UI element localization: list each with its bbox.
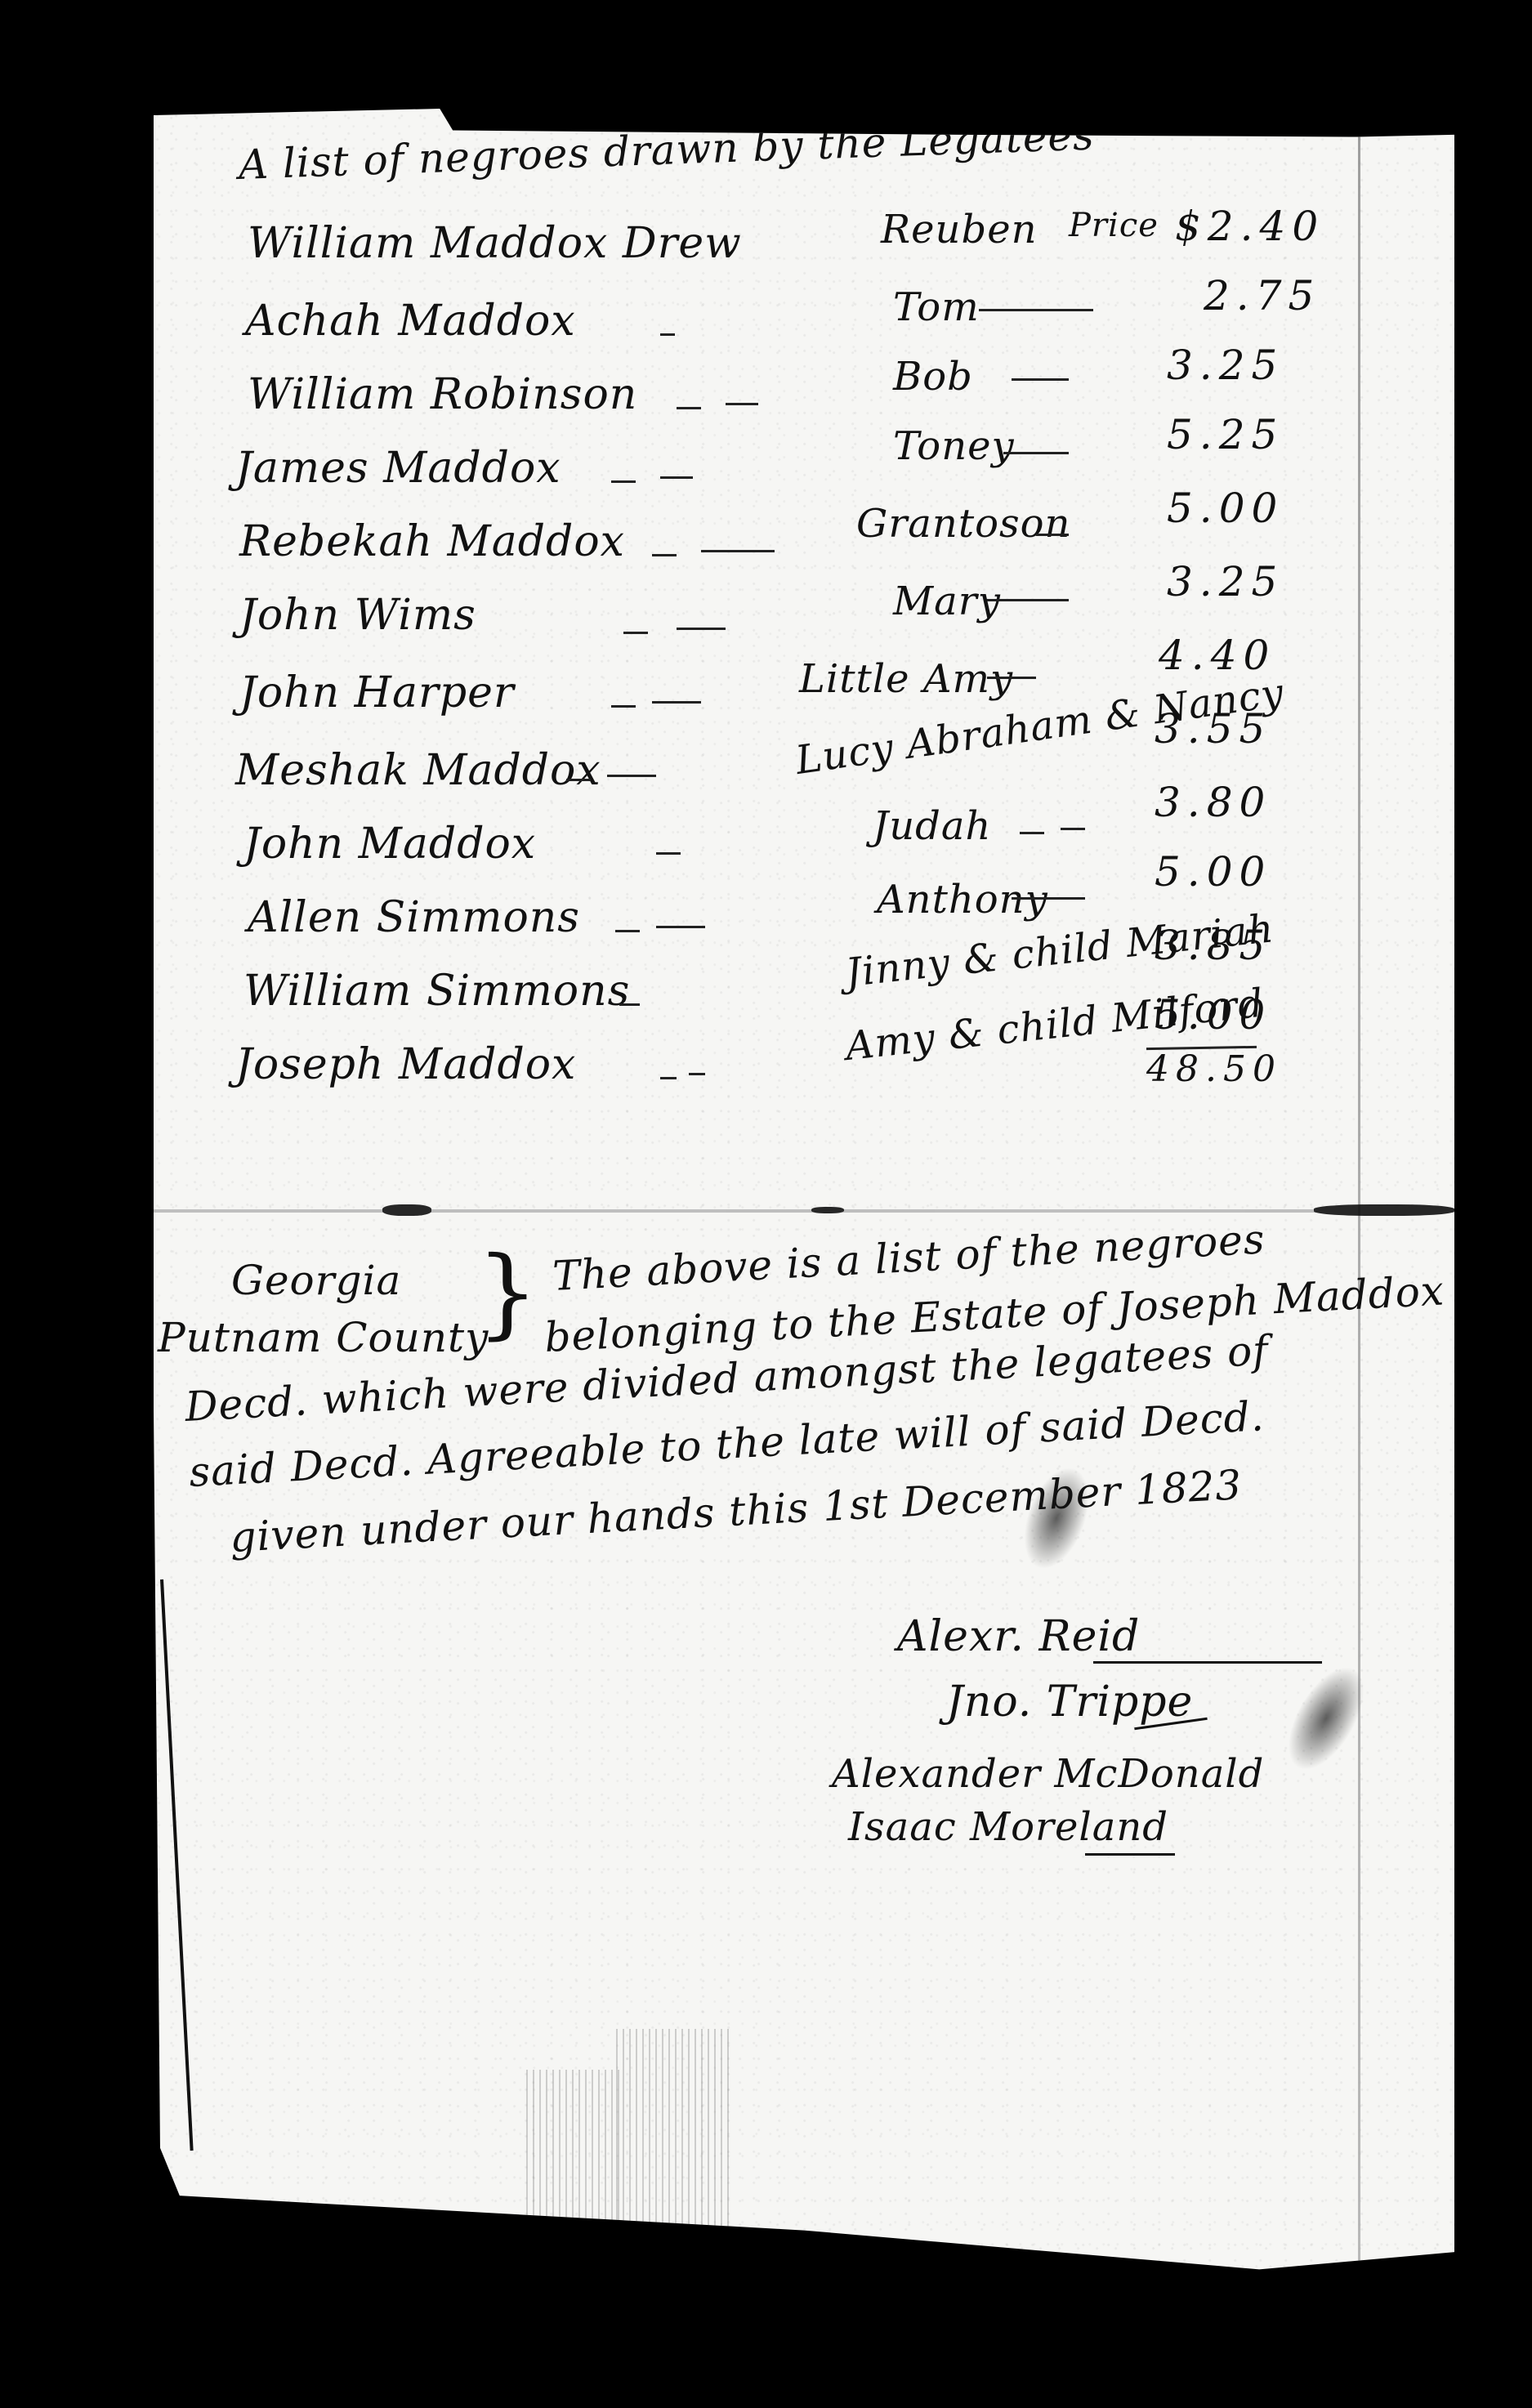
legatee-name: John Harper (239, 668, 515, 717)
horizontal-fold-crease (154, 1209, 1454, 1213)
legatee-name: Meshak Maddox (235, 746, 601, 795)
price-value: 3.80 (1155, 779, 1271, 826)
legatee-name: Achah Maddox (245, 297, 576, 346)
price-value: 3.25 (1167, 342, 1284, 389)
price-value: 4.40 (1159, 632, 1275, 679)
brace-glyph: } (476, 1236, 539, 1350)
price-value: 2.75 (1204, 272, 1320, 319)
price-value: 3.85 (1155, 922, 1271, 969)
legatee-name: William Simmons (243, 967, 630, 1016)
state-name: Georgia (231, 1257, 401, 1304)
enslaved-name: Anthony (877, 877, 1048, 923)
total-value: 48.50 (1146, 1048, 1282, 1090)
legatee-name: William Maddox Drew (248, 219, 742, 268)
price-header: Price (1069, 207, 1159, 244)
legatee-name: Joseph Maddox (235, 1040, 576, 1089)
legatee-name: Allen Simmons (248, 893, 580, 942)
enslaved-name: Grantoson (856, 501, 1070, 547)
legatee-name: John Wims (239, 591, 476, 640)
price-value: $2.40 (1175, 203, 1324, 250)
price-value: 5.00 (1155, 991, 1271, 1039)
vertical-fold-crease (1358, 109, 1360, 2278)
enslaved-name: Reuben (881, 207, 1038, 252)
county-name: Putnam County (158, 1314, 489, 1361)
paper-tear-edge (160, 1579, 194, 2151)
enslaved-name: Tom (893, 284, 980, 330)
enslaved-name: Mary (893, 579, 1001, 624)
document-title: A list of negroes drawn by the Legatees (238, 111, 1096, 189)
price-value: 5.00 (1167, 485, 1284, 532)
legatee-name: Rebekah Maddox (239, 517, 625, 566)
foxing-stain (611, 2029, 734, 2233)
enslaved-name: Little Amy (799, 656, 1013, 702)
document-page: A list of negroes drawn by the Legatees … (154, 109, 1454, 2278)
legatee-name: James Maddox (235, 444, 561, 493)
price-value: 3.55 (1155, 705, 1271, 753)
price-value: 5.25 (1167, 411, 1284, 458)
enslaved-name: Judah (873, 803, 991, 849)
price-value: 5.00 (1155, 848, 1271, 896)
ink-smudge (1273, 1655, 1380, 1782)
signature-flourish (1085, 1853, 1175, 1856)
signature: Alexr. Reid (897, 1612, 1140, 1661)
signature: Isaac Moreland (848, 1804, 1168, 1850)
signature-flourish (1093, 1661, 1322, 1664)
signature: Alexander McDonald (832, 1751, 1264, 1797)
foxing-stain (521, 2070, 619, 2233)
legatee-name: William Robinson (248, 370, 637, 419)
signature: Jno. Trippe (946, 1678, 1193, 1727)
legatee-name: John Maddox (243, 820, 536, 869)
price-value: 3.25 (1167, 558, 1284, 605)
enslaved-name: Bob (893, 354, 973, 400)
enslaved-name: Toney (893, 423, 1015, 469)
